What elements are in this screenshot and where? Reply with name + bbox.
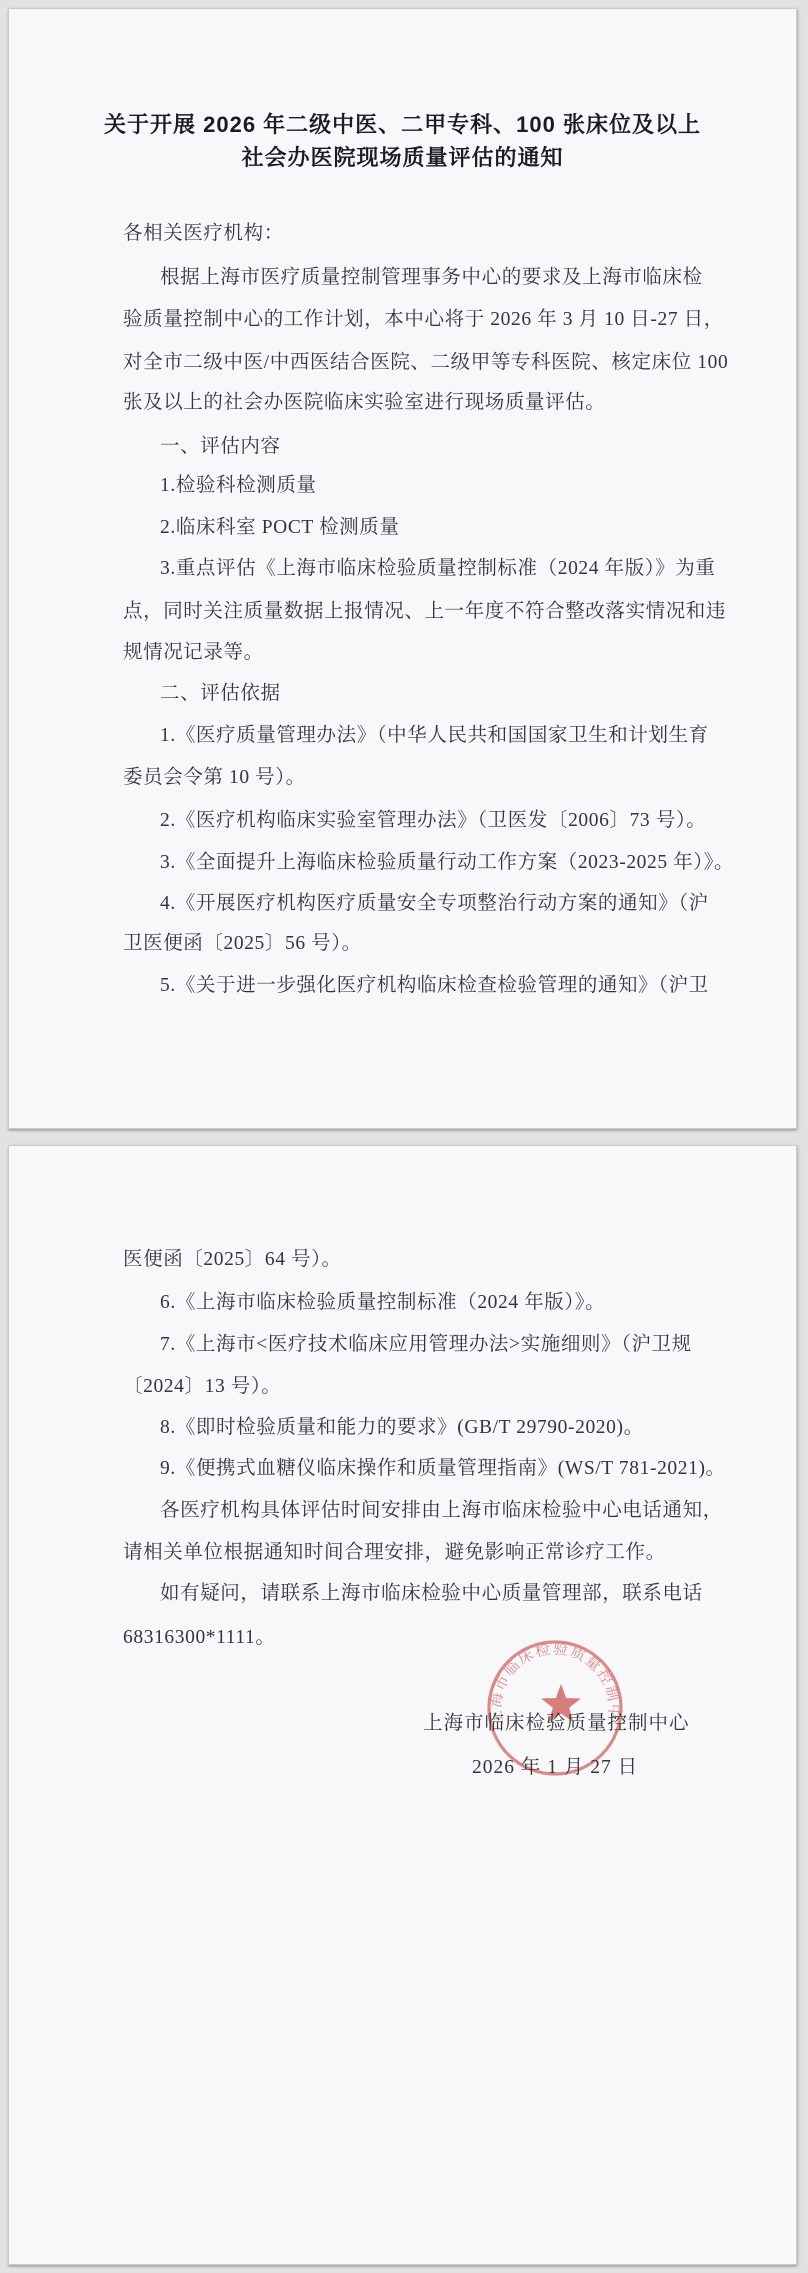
doc-line: 医便函〔2025〕64 号）。 [123,1246,342,1274]
section-heading-1: 一、评估内容 [160,433,281,461]
doc-line: 5.《关于进一步强化医疗机构临床检查检验管理的通知》（沪卫 [160,972,709,1000]
doc-line: 4.《开展医疗机构医疗质量安全专项整治行动方案的通知》（沪 [160,890,709,918]
doc-line: 8.《即时检验质量和能力的要求》(GB/T 29790-2020)。 [160,1414,644,1442]
signature-date: 2026 年 1 月 27 日 [472,1754,638,1782]
doc-line: 9.《便携式血糖仪临床操作和质量管理指南》(WS/T 781-2021)。 [160,1455,726,1483]
scanned-document-view: 关于开展 2026 年二级中医、二甲专科、100 张床位及以上社会办医院现场质量… [0,0,808,2273]
doc-title-line-2: 社会办医院现场质量评估的通知 [9,141,796,175]
doc-line: 3.《全面提升上海临床检验质量行动工作方案（2023-2025 年）》。 [160,849,734,877]
signature-org: 上海市临床检验质量控制中心 [423,1710,690,1738]
document-page-2: 上海市临床检验质量控制中心 医便函〔2025〕64 号）。6.《上海市临床检验质… [8,1145,797,2265]
doc-line: 卫医便函〔2025〕56 号）。 [123,930,362,958]
doc-line: 2.临床科室 POCT 检测质量 [160,514,399,542]
doc-line: 7.《上海市<医疗技术临床应用管理办法>实施细则》（沪卫规 [160,1331,692,1359]
doc-title-line-1: 关于开展 2026 年二级中医、二甲专科、100 张床位及以上 [9,108,796,142]
section-heading-2: 二、评估依据 [160,680,281,708]
doc-line: 3.重点评估《上海市临床检验质量控制标准（2024 年版）》为重 [160,555,715,583]
salutation: 各相关医疗机构： [123,220,284,248]
doc-line: 委员会令第 10 号）。 [123,764,306,792]
doc-line: 规情况记录等。 [123,639,264,667]
doc-line: 〔2024〕13 号）。 [123,1373,281,1401]
doc-line: 2.《医疗机构临床实验室管理办法》（卫医发〔2006〕73 号）。 [160,807,706,835]
document-page-1: 关于开展 2026 年二级中医、二甲专科、100 张床位及以上社会办医院现场质量… [8,8,797,1129]
doc-line: 1.检验科检测质量 [160,472,317,500]
doc-line: 点，同时关注质量数据上报情况、上一年度不符合整改落实情况和违 [123,598,726,626]
doc-line: 请相关单位根据通知时间合理安排，避免影响正常诊疗工作。 [123,1539,666,1567]
doc-line: 6.《上海市临床检验质量控制标准（2024 年版）》。 [160,1289,605,1317]
doc-line: 如有疑问，请联系上海市临床检验中心质量管理部，联系电话 [160,1580,703,1608]
doc-line: 各医疗机构具体评估时间安排由上海市临床检验中心电话通知， [160,1497,723,1525]
doc-line: 对全市二级中医/中西医结合医院、二级甲等专科医院、核定床位 100 [123,349,728,377]
doc-line: 68316300*1111。 [123,1624,275,1652]
doc-line: 张及以上的社会办医院临床实验室进行现场质量评估。 [123,389,605,417]
doc-line: 根据上海市医疗质量控制管理事务中心的要求及上海市临床检 [160,264,703,292]
doc-line: 验质量控制中心的工作计划，本中心将于 2026 年 3 月 10 日-27 日， [123,306,724,334]
doc-line: 1.《医疗质量管理办法》（中华人民共和国国家卫生和计划生育 [160,722,709,750]
